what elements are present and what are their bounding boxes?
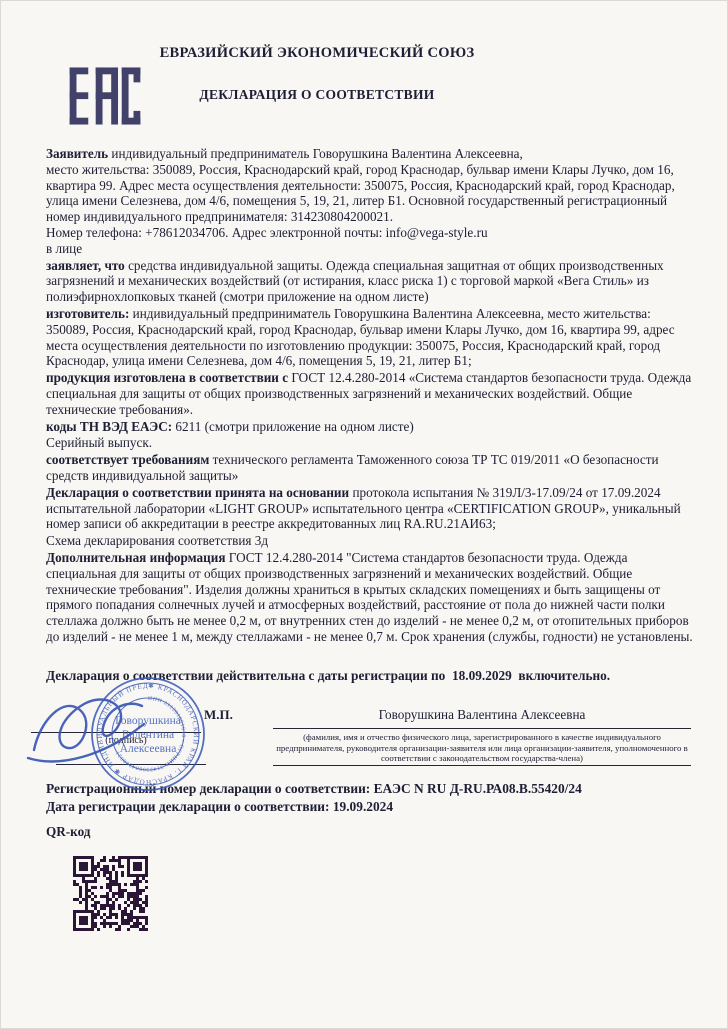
paragraph: коды ТН ВЭД ЕАЭС: 6211 (смотри приложени… — [46, 419, 694, 435]
paragraph: Серийный выпуск. — [46, 435, 694, 451]
paragraph: Заявитель индивидуальный предприниматель… — [46, 146, 694, 257]
text-run: в лице — [46, 241, 82, 256]
paragraph: продукция изготовлена в соответствии с Г… — [46, 370, 694, 417]
text-run: Серийный выпуск. — [46, 435, 152, 450]
text-run: Дополнительная информация — [46, 550, 225, 565]
page-title: ДЕКЛАРАЦИЯ О СООТВЕТСТВИИ — [1, 87, 633, 103]
stamp-name-line1: Говорушкина — [115, 715, 181, 727]
text-run: заявляет, что — [46, 258, 125, 273]
paragraph: изготовитель: индивидуальный предпринима… — [46, 306, 694, 369]
union-title: ЕВРАЗИЙСКИЙ ЭКОНОМИЧЕСКИЙ СОЮЗ — [1, 45, 633, 62]
text-run: коды ТН ВЭД ЕАЭС: — [46, 419, 172, 434]
declaration-text: Заявитель индивидуальный предприниматель… — [46, 146, 694, 646]
text-run: соответствует требованиям — [46, 452, 209, 467]
text-run: Декларация о соответствии принята на осн… — [46, 485, 349, 500]
document-header: ЕВРАЗИЙСКИЙ ЭКОНОМИЧЕСКИЙ СОЮЗ ДЕКЛАРАЦИ… — [1, 45, 633, 103]
name-caption: (фамилия, имя и отчество физического лиц… — [273, 732, 691, 764]
text-run: 6211 (смотри приложение на одном листе) — [172, 419, 414, 434]
paragraph: Декларация о соответствии принята на осн… — [46, 485, 694, 532]
text-run: место жительства: 350089, Россия, Красно… — [46, 162, 675, 224]
paragraph: заявляет, что средства индивидуальной за… — [46, 258, 694, 305]
stamp-name-line3: Алексеевна — [120, 743, 177, 755]
declarant-name: Говорушкина Валентина Алексеевна — [273, 707, 691, 723]
caption-underline — [273, 765, 691, 766]
text-run: изготовитель: — [46, 306, 129, 321]
paragraph: Схема декларирования соответствия 3д — [46, 533, 694, 549]
text-run: индивидуальный предприниматель Говорушки… — [46, 306, 675, 368]
text-run: индивидуальный предприниматель Говорушки… — [111, 146, 522, 161]
name-underline — [273, 728, 691, 729]
text-run: продукция изготовлена в соответствии с — [46, 370, 288, 385]
qr-code — [73, 856, 148, 931]
qr-code-label: QR-код — [46, 824, 90, 840]
text-run: Схема декларирования соответствия 3д — [46, 533, 268, 548]
declaration-document-page: ЕВРАЗИЙСКИЙ ЭКОНОМИЧЕСКИЙ СОЮЗ ДЕКЛАРАЦИ… — [0, 0, 728, 1029]
text-run: Номер телефона: +78612034706. Адрес элек… — [46, 225, 488, 240]
paragraph: Дополнительная информация ГОСТ 12.4.280-… — [46, 550, 694, 645]
round-stamp: ✱ КРАСНОДАРСКИЙ КРАЙ Г. КРАСНОДАР ✱ ИНДИ… — [26, 654, 258, 812]
text-run: Заявитель — [46, 146, 111, 161]
paragraph: соответствует требованиям технического р… — [46, 452, 694, 484]
text-run: средства индивидуальной защиты. Одежда с… — [46, 258, 664, 305]
